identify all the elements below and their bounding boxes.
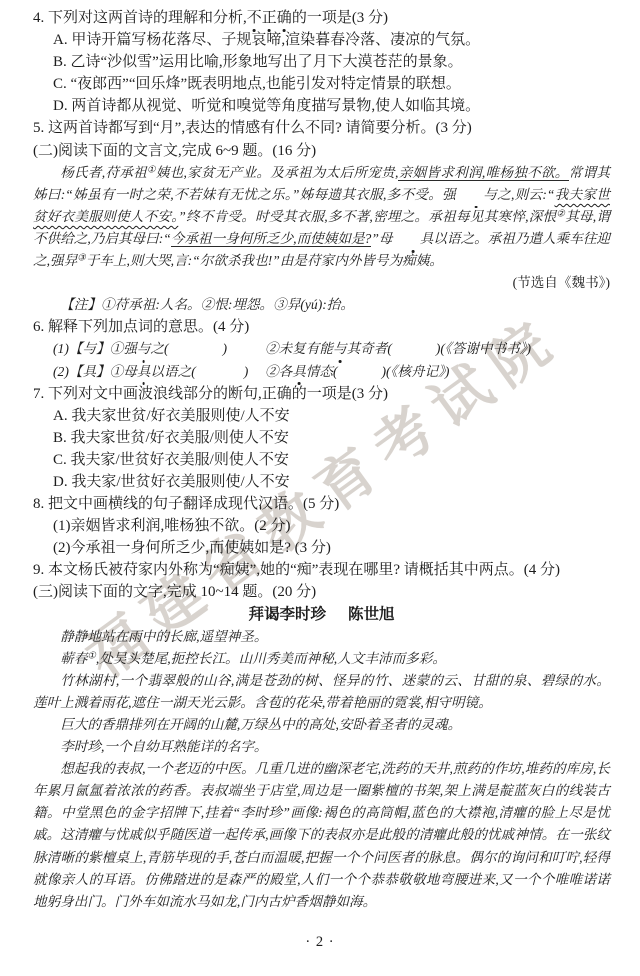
essay-title: 拜谒李时珍陈世旭	[33, 604, 610, 626]
emphasis-dotted-word: 具	[137, 364, 151, 379]
text-segment: 【注】①苻承祖:人名。②恨:埋怨。③舁(yú):抬。	[60, 297, 354, 312]
question-6-stem: 6. 解释下列加点词的意思。(4 分)	[33, 316, 610, 338]
text-segment: 情态(	[306, 364, 338, 379]
emphasis-dot-char: 具	[292, 361, 306, 383]
passage-notes: 【注】①苻承祖:人名。②恨:埋怨。③舁(yú):抬。	[33, 294, 610, 316]
text-segment: (三)阅读下面的文字,完成 10~14 题。(20 分)	[33, 584, 316, 600]
question-6-item-1: (1)【与】①强与之()②未复有能与其奇者()(《答谢中书书》)	[53, 338, 610, 360]
question-4-option-b: B. 乙诗“沙似雪”运用比喻,形象地写出了月下大漠苍茫的景象。	[53, 51, 610, 73]
text-segment: (2)【具】①母	[53, 364, 137, 379]
text-segment: 9. 本文杨氏被苻家内外称为“痴姨”,她的“痴”表现在哪里? 请概括其中两点。(…	[33, 562, 560, 578]
emphasis-dot-char: 正	[262, 7, 277, 29]
text-segment: ”母	[371, 231, 392, 246]
text-segment: 杨氏者,苻承祖	[60, 165, 147, 180]
essay-paragraph-6: 想起我的表叔,一个老迈的中医。几重几进的幽深老宅,洗药的天井,煎药的作坊,堆药的…	[33, 758, 610, 913]
emphasis-dotted-word: 不正确	[247, 10, 292, 26]
text-segment: )(《核舟记》)	[382, 364, 450, 379]
question-4-stem: 4. 下列对这两首诗的理解和分析,不正确的一项是(3 分)	[33, 7, 610, 29]
question-7-option-a: A. 我夫家世贫/好衣美服则使/人不安	[53, 405, 610, 427]
text-segment: 的一项是(3 分)	[292, 10, 388, 26]
text-segment: (二)阅读下面的文言文,完成 6~9 题。(16 分)	[33, 143, 316, 159]
section-3-heading: (三)阅读下面的文字,完成 10~14 题。(20 分)	[33, 581, 610, 603]
superscript-ref: ①	[147, 165, 156, 175]
text-segment: 李时珍,一个自幼耳熟能详的名字。	[60, 739, 267, 754]
text-segment: 竹林湖村,一个翡翠般的山谷,满是苍劲的树、怪异的竹、迷蒙的云、甘甜的泉、碧绿的水…	[33, 673, 610, 710]
emphasis-dot-char: 具	[137, 361, 151, 383]
blank-space	[338, 375, 382, 376]
emphasis-dotted-word: 具	[393, 231, 434, 246]
classical-passage: 杨氏者,苻承祖①姨也,家贫无产业。及承祖为太后所宠贵,亲姻皆求利润,唯杨独不欲。…	[33, 162, 610, 272]
question-7-option-b: B. 我夫家世贫/好衣美服/则使人不安	[53, 427, 610, 449]
page-number: · 2 ·	[0, 934, 640, 951]
text-segment: 6. 解释下列加点词的意思。(4 分)	[33, 319, 249, 335]
emphasis-dot-char: 具	[393, 228, 434, 250]
superscript-ref: ①	[87, 651, 96, 661]
item-column-2: ②各具情态()(《核舟记》)	[265, 361, 610, 383]
emphasis-dotted-word: 具	[292, 364, 306, 379]
underlined-clause: 今承祖一身何所乏少,而使姨如是?	[171, 231, 372, 248]
underlined-clause: 亲姻皆求利润,唯杨独不欲。	[398, 165, 568, 182]
text-segment: )	[223, 341, 228, 356]
text-segment: 其奇者(	[347, 341, 392, 356]
blank-space	[196, 375, 244, 376]
text-segment: C. “夜郎西”“回乐烽”既表明地点,也能引发对特定情景的联想。	[53, 76, 461, 92]
essay-paragraph-4: 巨大的香鼎排列在开阔的山麓,万绿丛中的高处,安卧着圣者的灵魂。	[33, 714, 610, 736]
emphasis-dot-char: 确	[277, 7, 292, 29]
passage-source: (节选自《魏书》)	[33, 272, 610, 294]
text-segment: )	[244, 364, 249, 379]
text-segment: 巨大的香鼎排列在开阔的山麓,万绿丛中的高处,安卧着圣者的灵魂。	[60, 717, 461, 732]
question-4-option-c: C. “夜郎西”“回乐烽”既表明地点,也能引发对特定情景的联想。	[53, 73, 610, 95]
blank-space	[169, 352, 223, 353]
emphasis-dot-char: 与	[333, 338, 347, 360]
emphasis-dot-char: 与	[456, 184, 497, 206]
page-content: 4. 下列对这两首诗的理解和分析,不正确的一项是(3 分)A. 甲诗开篇写杨花落…	[0, 0, 640, 913]
question-7-option-d: D. 我夫家/世贫好衣美服则使/人不安	[53, 471, 610, 493]
text-segment: (1)亲姻皆求利润,唯杨独不欲。(2 分)	[53, 518, 290, 534]
emphasis-dot-char: 不	[247, 7, 262, 29]
question-9-stem: 9. 本文杨氏被苻家内外称为“痴姨”,她的“痴”表现在哪里? 请概括其中两点。(…	[33, 559, 610, 581]
question-8-stem: 8. 把文中画横线的句子翻译成现代汉语。(5 分)	[33, 493, 610, 515]
text-segment: 静静地站在雨中的长廊,遥望神圣。	[60, 629, 267, 644]
text-segment: 姨也,家贫无产业。及承祖为太后所宠贵,	[156, 165, 399, 180]
text-segment: 于车上,则大哭,言:“尔欲杀我也!”由是苻家内外皆号为痴姨。	[86, 253, 443, 268]
section-2-heading: (二)阅读下面的文言文,完成 6~9 题。(16 分)	[33, 140, 610, 162]
text-segment: ②各	[265, 364, 292, 379]
text-segment: 4. 下列对这两首诗的理解和分析,	[33, 10, 247, 26]
text-segment: 以语之(	[150, 364, 195, 379]
emphasis-dotted-word: 与	[456, 187, 497, 202]
text-segment: ”终不肯受。时受其衣服,多不著,密埋之。承祖每见其寒悴,深恨	[178, 209, 556, 224]
item-column-1: (1)【与】①强与之()	[53, 338, 265, 360]
text-segment: )(《答谢中书书》)	[436, 341, 531, 356]
essay-paragraph-2: 蕲春①,处吴头楚尾,扼控长江。山川秀美而神秘,人文丰沛而多彩。	[33, 648, 610, 670]
item-column-1: (2)【具】①母具以语之()	[53, 361, 265, 383]
essay-paragraph-3: 竹林湖村,一个翡翠般的山谷,满是苍劲的树、怪异的竹、迷蒙的云、甘甜的泉、碧绿的水…	[33, 670, 610, 714]
question-7-option-c: C. 我夫家/世贫好衣美服/则使人不安	[53, 449, 610, 471]
exam-page: 福建省教育考试院 4. 下列对这两首诗的理解和分析,不正确的一项是(3 分)A.…	[0, 0, 640, 976]
text-segment: 之,则云:“	[497, 187, 555, 202]
question-4-option-a: A. 甲诗开篇写杨花落尽、子规哀啼,渲染暮春冷落、凄凉的气氛。	[53, 29, 610, 51]
text-segment: ,处吴头楚尾,扼控长江。山川秀美而神秘,人文丰沛而多彩。	[96, 651, 446, 666]
text-segment: B. 乙诗“沙似雪”运用比喻,形象地写出了月下大漠苍茫的景象。	[53, 54, 463, 70]
text-segment: 想起我的表叔,一个老迈的中医。几重几进的幽深老宅,洗药的天井,煎药的作坊,堆药的…	[33, 761, 610, 909]
text-segment: A. 甲诗开篇写杨花落尽、子规哀啼,渲染暮春冷落、凄凉的气氛。	[53, 32, 480, 48]
text-segment: 7. 下列对文中画波浪线部分的断句,正确的一项是(3 分)	[33, 386, 388, 402]
question-7-stem: 7. 下列对文中画波浪线部分的断句,正确的一项是(3 分)	[33, 383, 610, 405]
item-column-2: ②未复有能与其奇者()(《答谢中书书》)	[265, 338, 610, 360]
text-segment: ②未复有能	[265, 341, 333, 356]
question-5-stem: 5. 这两首诗都写到“月”,表达的情感有什么不同? 请简要分析。(3 分)	[33, 117, 610, 139]
text-segment: 5. 这两首诗都写到“月”,表达的情感有什么不同? 请简要分析。(3 分)	[33, 120, 472, 136]
text-segment: (1)【与】①强	[53, 341, 137, 356]
text-segment: 8. 把文中画横线的句子翻译成现代汉语。(5 分)	[33, 496, 339, 512]
emphasis-dotted-word: 与	[333, 341, 347, 356]
blank-space	[392, 352, 436, 353]
question-8-item-2: (2)今承祖一身何所乏少,而使姨如是? (3 分)	[53, 537, 610, 559]
text-segment: D. 两首诗都从视觉、听觉和嗅觉等角度描写景物,使人如临其境。	[53, 98, 480, 114]
text-segment: D. 我夫家/世贫好衣美服则使/人不安	[53, 474, 290, 490]
question-4-option-d: D. 两首诗都从视觉、听觉和嗅觉等角度描写景物,使人如临其境。	[53, 95, 610, 117]
question-6-item-2: (2)【具】①母具以语之()②各具情态()(《核舟记》)	[53, 361, 610, 383]
emphasis-dot-char: 与	[137, 338, 151, 360]
superscript-ref: ③	[77, 254, 86, 264]
emphasis-dotted-word: 与	[137, 341, 151, 356]
text-segment: B. 我夫家世贫/好衣美服/则使人不安	[53, 430, 289, 446]
blank-space	[326, 618, 348, 619]
text-segment: 陈世旭	[348, 606, 395, 623]
text-segment: C. 我夫家/世贫好衣美服/则使人不安	[53, 452, 289, 468]
text-segment: 蕲春	[60, 651, 87, 666]
text-segment: (2)今承祖一身何所乏少,而使姨如是? (3 分)	[53, 540, 331, 556]
question-8-item-1: (1)亲姻皆求利润,唯杨独不欲。(2 分)	[53, 515, 610, 537]
text-segment: 拜谒李时珍	[248, 606, 326, 623]
text-segment: A. 我夫家世贫/好衣美服则使/人不安	[53, 408, 290, 424]
essay-paragraph-5: 李时珍,一个自幼耳熟能详的名字。	[33, 736, 610, 758]
essay-paragraph-1: 静静地站在雨中的长廊,遥望神圣。	[33, 626, 610, 648]
text-segment: 之(	[150, 341, 168, 356]
superscript-ref: ②	[556, 209, 565, 219]
text-segment: (节选自《魏书》)	[513, 275, 610, 290]
